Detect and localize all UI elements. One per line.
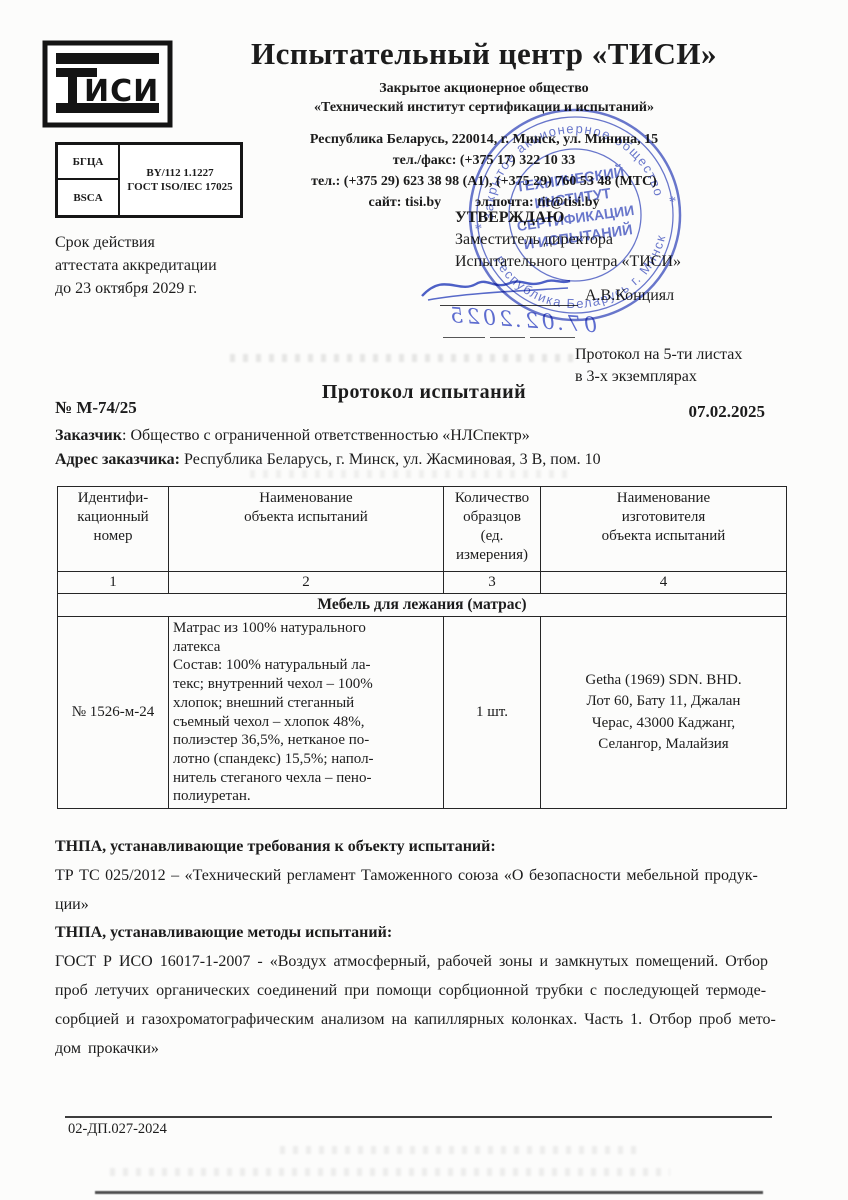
methods-body: ГОСТ Р ИСО 16017-1-2007 - «Воздух атмосф… bbox=[55, 947, 791, 1063]
accreditation-badge: БГЦА BSCA BY/112 1.1227 ГОСТ ISO/IEC 170… bbox=[55, 142, 243, 218]
badge-code-line2: ГОСТ ISO/IEC 17025 bbox=[127, 180, 232, 194]
section-title: Мебель для лежания (матрас) bbox=[58, 594, 787, 617]
scan-artifact bbox=[250, 470, 570, 478]
header-manufacturer: Наименование изготовителя объекта испыта… bbox=[541, 487, 787, 572]
table-row: № 1526-м-24 Матрас из 100% натурального … bbox=[58, 617, 787, 809]
col-number-3: 3 bbox=[444, 572, 541, 594]
col-number-2: 2 bbox=[169, 572, 444, 594]
footer-rule bbox=[65, 1116, 772, 1118]
customer-value: : Общество с ограниченной ответственност… bbox=[122, 427, 530, 444]
scan-edge-line bbox=[95, 1191, 763, 1194]
col-number-1: 1 bbox=[58, 572, 169, 594]
badge-code-line1: BY/112 1.1227 bbox=[146, 166, 213, 180]
center-title: Испытательный центр «ТИСИ» bbox=[124, 36, 844, 72]
badge-codes: BY/112 1.1227 ГОСТ ISO/IEC 17025 bbox=[120, 145, 240, 215]
col-number-4: 4 bbox=[541, 572, 787, 594]
copies-line1: Протокол на 5-ти листах bbox=[575, 344, 742, 366]
section-row: Мебель для лежания (матрас) bbox=[58, 594, 787, 617]
stamp-star-right: * bbox=[668, 194, 678, 211]
header-sample-count: Количество образцов (ед. измерения) bbox=[444, 487, 541, 572]
org-site: сайт: tisi.by bbox=[368, 192, 441, 213]
methods-heading: ТНПА, устанавливающие методы испытаний: bbox=[55, 924, 392, 942]
round-stamp: Закрытое акционерное общество Республика… bbox=[445, 85, 705, 345]
org-line-1: Закрытое акционерное общество bbox=[124, 79, 844, 98]
customer-address-line: Адрес заказчика: Республика Беларусь, г.… bbox=[55, 451, 601, 469]
cell-id-number: № 1526-м-24 bbox=[58, 617, 169, 809]
customer-label: Заказчик bbox=[55, 427, 122, 444]
column-number-row: 1 2 3 4 bbox=[58, 572, 787, 594]
cell-quantity: 1 шт. bbox=[444, 617, 541, 809]
scanned-test-protocol-page: ИСИ Испытательный центр «ТИСИ» Закрытое … bbox=[0, 0, 848, 1200]
cell-object-description: Матрас из 100% натурального латекса Сост… bbox=[169, 617, 444, 809]
customer-address-value: Республика Беларусь, г. Минск, ул. Жасми… bbox=[180, 451, 601, 468]
protocol-number: № М-74/25 bbox=[55, 398, 137, 418]
scan-artifact bbox=[110, 1168, 670, 1176]
scan-artifact bbox=[280, 1146, 640, 1154]
customer-address-label: Адрес заказчика: bbox=[55, 451, 180, 468]
customer-line: Заказчик: Общество с ограниченной ответс… bbox=[55, 427, 530, 445]
date-underline-3 bbox=[530, 337, 575, 338]
specimen-table: Идентифи- кационный номер Наименование о… bbox=[57, 486, 787, 809]
header-object-name: Наименование объекта испытаний bbox=[169, 487, 444, 572]
requirements-heading: ТНПА, устанавливающие требования к объек… bbox=[55, 838, 496, 856]
requirements-body: ТР ТС 025/2012 – «Технический регламент … bbox=[55, 861, 791, 919]
badge-left-column: БГЦА BSCA bbox=[58, 145, 120, 215]
scan-artifact bbox=[230, 354, 575, 362]
stamp-star-left: * bbox=[474, 221, 484, 238]
cell-manufacturer: Getha (1969) SDN. BHD. Лот 60, Бату 11, … bbox=[541, 617, 787, 809]
accreditation-validity: Срок действия аттестата аккредитации до … bbox=[55, 231, 217, 300]
protocol-date: 07.02.2025 bbox=[689, 402, 766, 422]
footer-doc-code: 02-ДП.027-2024 bbox=[68, 1121, 167, 1138]
badge-cell-bsca: BSCA bbox=[58, 180, 118, 215]
header-id-number: Идентифи- кационный номер bbox=[58, 487, 169, 572]
badge-cell-bgca: БГЦА bbox=[58, 145, 118, 180]
specimen-table-wrapper: Идентифи- кационный номер Наименование о… bbox=[57, 486, 787, 809]
table-header-row: Идентифи- кационный номер Наименование о… bbox=[58, 487, 787, 572]
